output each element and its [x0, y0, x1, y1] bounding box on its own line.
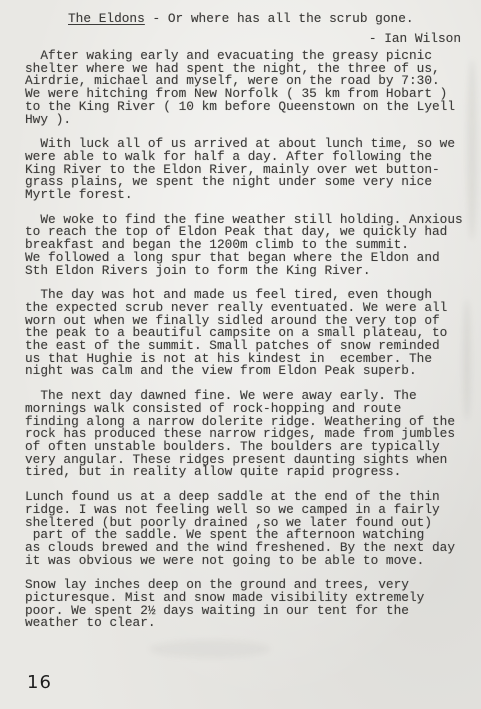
paragraph: The next day dawned fine. We were away e… [25, 390, 463, 479]
paragraph: Lunch found us at a deep saddle at the e… [25, 491, 463, 567]
scan-artifact [463, 300, 471, 420]
page-number: 16 [27, 672, 52, 693]
document-page: The Eldons - Or where has all the scrub … [0, 0, 481, 709]
document-content: The Eldons - Or where has all the scrub … [25, 12, 463, 642]
paragraph: The day was hot and made us feel tired, … [25, 289, 463, 378]
document-title-underlined: The Eldons [68, 11, 145, 26]
scan-artifact [467, 60, 477, 240]
scan-artifact [150, 640, 270, 658]
paragraph: With luck all of us arrived at about lun… [25, 138, 463, 202]
paragraph: We woke to find the fine weather still h… [25, 214, 463, 278]
paragraph: After waking early and evacuating the gr… [25, 50, 463, 126]
document-title-rest: - Or where has all the scrub gone. [145, 11, 414, 26]
document-title: The Eldons - Or where has all the scrub … [68, 12, 463, 26]
paragraph: Snow lay inches deep on the ground and t… [25, 579, 463, 630]
author-byline: - Ian Wilson [25, 32, 461, 45]
document-body: After waking early and evacuating the gr… [25, 50, 463, 630]
